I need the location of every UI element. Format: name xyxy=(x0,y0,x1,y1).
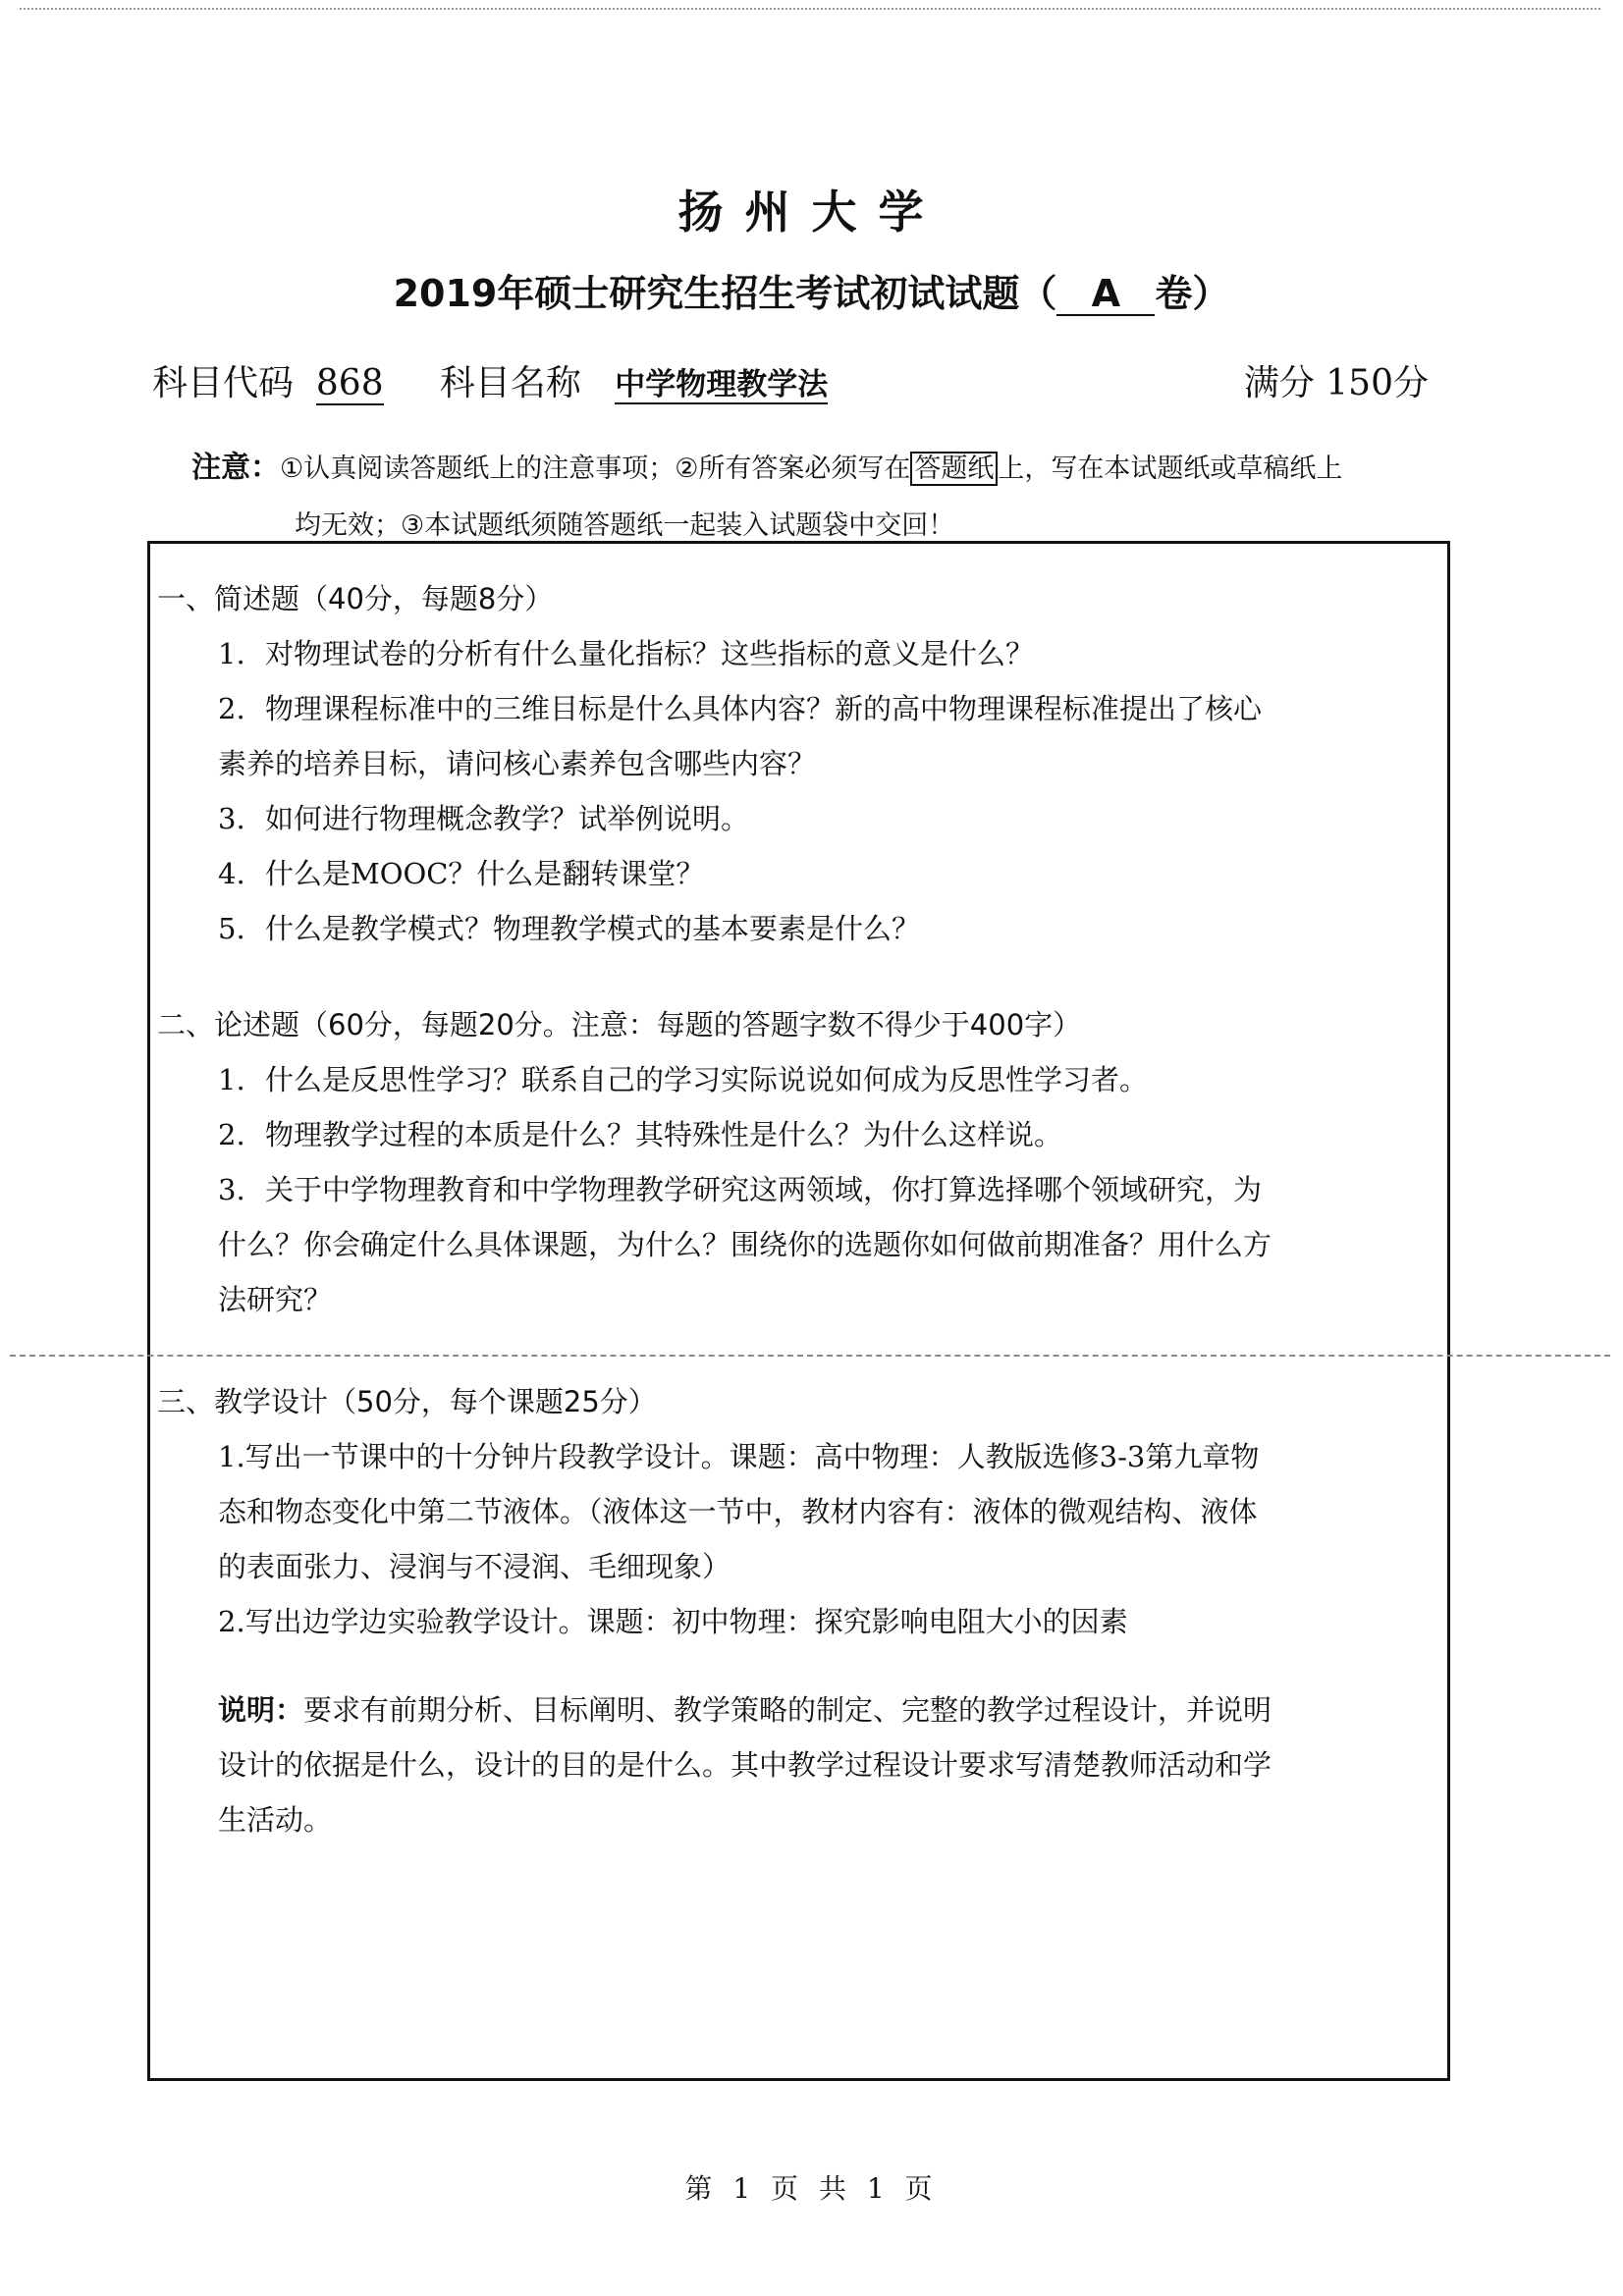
question-continuation: 的表面张力、浸润与不浸润、毛细现象） xyxy=(157,1539,1434,1594)
subject-code-label: 科目代码 xyxy=(152,363,294,403)
exam-title: 2019年硕士研究生招生考试初试试题（A卷） xyxy=(0,263,1623,317)
question-item: 2.物理教学过程的本质是什么？其特殊性是什么？为什么这样说。 xyxy=(157,1107,1434,1162)
section-essay: 二、论述题（60分，每题20分。注意：每题的答题字数不得少于400字） 1.什么… xyxy=(157,997,1434,1327)
university-title: 扬州大学 xyxy=(0,177,1623,241)
full-score: 满分 150分 xyxy=(1244,355,1429,405)
question-item: 2.物理课程标准中的三维目标是什么具体内容？新的高中物理课程标准提出了核心 xyxy=(157,681,1434,736)
full-score-label: 满分 xyxy=(1244,363,1315,403)
question-item: 2.写出边学边实验教学设计。课题：初中物理：探究影响电阻大小的因素 xyxy=(157,1594,1434,1649)
scan-artifact-fold-line xyxy=(10,1355,1610,1357)
question-item: 4.什么是MOOC？什么是翻转课堂？ xyxy=(157,846,1434,901)
question-item: 5.什么是教学模式？物理教学模式的基本要素是什么？ xyxy=(157,901,1434,956)
question-continuation: 素养的培养目标，请问核心素养包含哪些内容？ xyxy=(157,736,1434,791)
subject-meta-row: 科目代码 868 科目名称 中学物理教学法 满分 150分 xyxy=(152,355,1429,404)
subject-name-label: 科目名称 xyxy=(440,363,581,403)
design-note-continuation: 生活动。 xyxy=(157,1792,1434,1847)
exam-title-prefix: 2019年硕士研究生招生考试初试试题（ xyxy=(394,272,1057,315)
paper-version: A xyxy=(1056,275,1155,316)
subject-name: 中学物理教学法 xyxy=(615,367,828,404)
question-continuation: 法研究？ xyxy=(157,1272,1434,1327)
page-number: 第 1 页 共 1 页 xyxy=(0,2167,1623,2207)
notice-boxed-answer-sheet: 答题纸 xyxy=(910,452,998,486)
question-item: 3.关于中学物理教育和中学物理教学研究这两领域，你打算选择哪个领域研究，为 xyxy=(157,1162,1434,1217)
subject-code: 868 xyxy=(316,363,384,405)
section-title: 三、教学设计（50分，每个课题25分） xyxy=(157,1374,1434,1429)
section-short-answer: 一、简述题（40分，每题8分） 1.对物理试卷的分析有什么量化指标？这些指标的意… xyxy=(157,571,1434,956)
exam-notice: 注意：①认真阅读答题纸上的注意事项；②所有答案必须写在答题纸上，写在本试题纸或草… xyxy=(191,440,1458,555)
section-teaching-design: 三、教学设计（50分，每个课题25分） 1.写出一节课中的十分钟片段教学设计。课… xyxy=(157,1374,1434,1847)
design-note: 说明：要求有前期分析、目标阐明、教学策略的制定、完整的教学过程设计，并说明 xyxy=(157,1682,1434,1737)
design-note-label: 说明： xyxy=(218,1693,303,1727)
question-continuation: 什么？你会确定什么具体课题，为什么？围绕你的选题你如何做前期准备？用什么方 xyxy=(157,1217,1434,1272)
section-title: 二、论述题（60分，每题20分。注意：每题的答题字数不得少于400字） xyxy=(157,997,1434,1052)
full-score-value: 150分 xyxy=(1325,363,1429,403)
section-title: 一、简述题（40分，每题8分） xyxy=(157,571,1434,626)
exam-title-suffix: 卷） xyxy=(1155,272,1229,315)
notice-text-b: 上，写在本试题纸或草稿纸上 xyxy=(998,454,1342,484)
question-item: 1.写出一节课中的十分钟片段教学设计。课题：高中物理：人教版选修3-3第九章物 xyxy=(157,1429,1434,1484)
design-note-continuation: 设计的依据是什么，设计的目的是什么。其中教学过程设计要求写清楚教师活动和学 xyxy=(157,1737,1434,1792)
notice-text-a: ①认真阅读答题纸上的注意事项；②所有答案必须写在 xyxy=(280,454,910,484)
scan-artifact-top xyxy=(20,8,1600,10)
question-continuation: 态和物态变化中第二节液体。（液体这一节中，教材内容有：液体的微观结构、液体 xyxy=(157,1484,1434,1539)
notice-label: 注意： xyxy=(191,451,280,485)
question-item: 3.如何进行物理概念教学？试举例说明。 xyxy=(157,791,1434,846)
question-item: 1.什么是反思性学习？联系自己的学习实际说说如何成为反思性学习者。 xyxy=(157,1052,1434,1107)
question-item: 1.对物理试卷的分析有什么量化指标？这些指标的意义是什么？ xyxy=(157,626,1434,681)
notice-line-1: 注意：①认真阅读答题纸上的注意事项；②所有答案必须写在答题纸上，写在本试题纸或草… xyxy=(191,440,1458,498)
